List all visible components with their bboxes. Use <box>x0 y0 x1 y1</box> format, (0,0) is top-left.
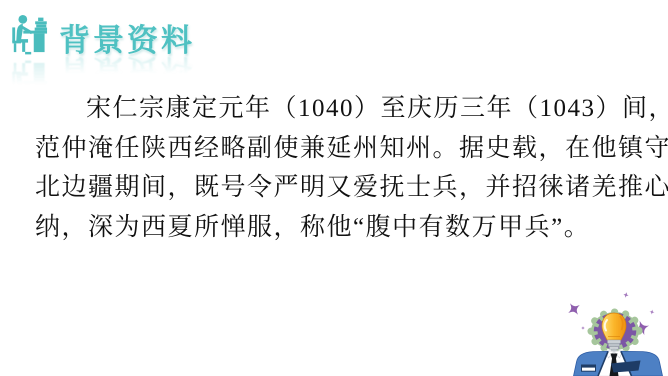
text-line-2: 范仲淹任陕西经略副使兼延州知州。据史载，在他镇守西 <box>35 129 668 169</box>
text-line-3: 北边疆期间，既号令严明又爱抚士兵，并招徕诸羌推心接 <box>35 168 668 208</box>
text-line-1: 宋仁宗康定元年（1040）至庆历三年（1043）间， <box>35 89 668 129</box>
slide: 背景资料 背景资料 宋仁宗康定元年（1040）至庆历三年（1043）间， 范仲淹… <box>0 0 668 376</box>
businessman-body <box>574 351 663 376</box>
bulb-screw-base <box>608 340 621 352</box>
person-studying-at-desk-icon <box>10 11 48 59</box>
idea-businessman-lightbulb-head-illustration <box>558 282 668 376</box>
chest-badge <box>582 365 596 371</box>
text-line-4: 纳，深为西夏所惮服，称他“腹中有数万甲兵”。 <box>35 208 668 248</box>
page-title: 背景资料 <box>59 24 195 57</box>
title-block: 背景资料 背景资料 <box>59 24 195 87</box>
page-title-reflection: 背景资料 <box>59 54 195 87</box>
body-text: 宋仁宗康定元年（1040）至庆历三年（1043）间， 范仲淹任陕西经略副使兼延州… <box>35 89 668 247</box>
lightbulb-head <box>591 312 639 352</box>
